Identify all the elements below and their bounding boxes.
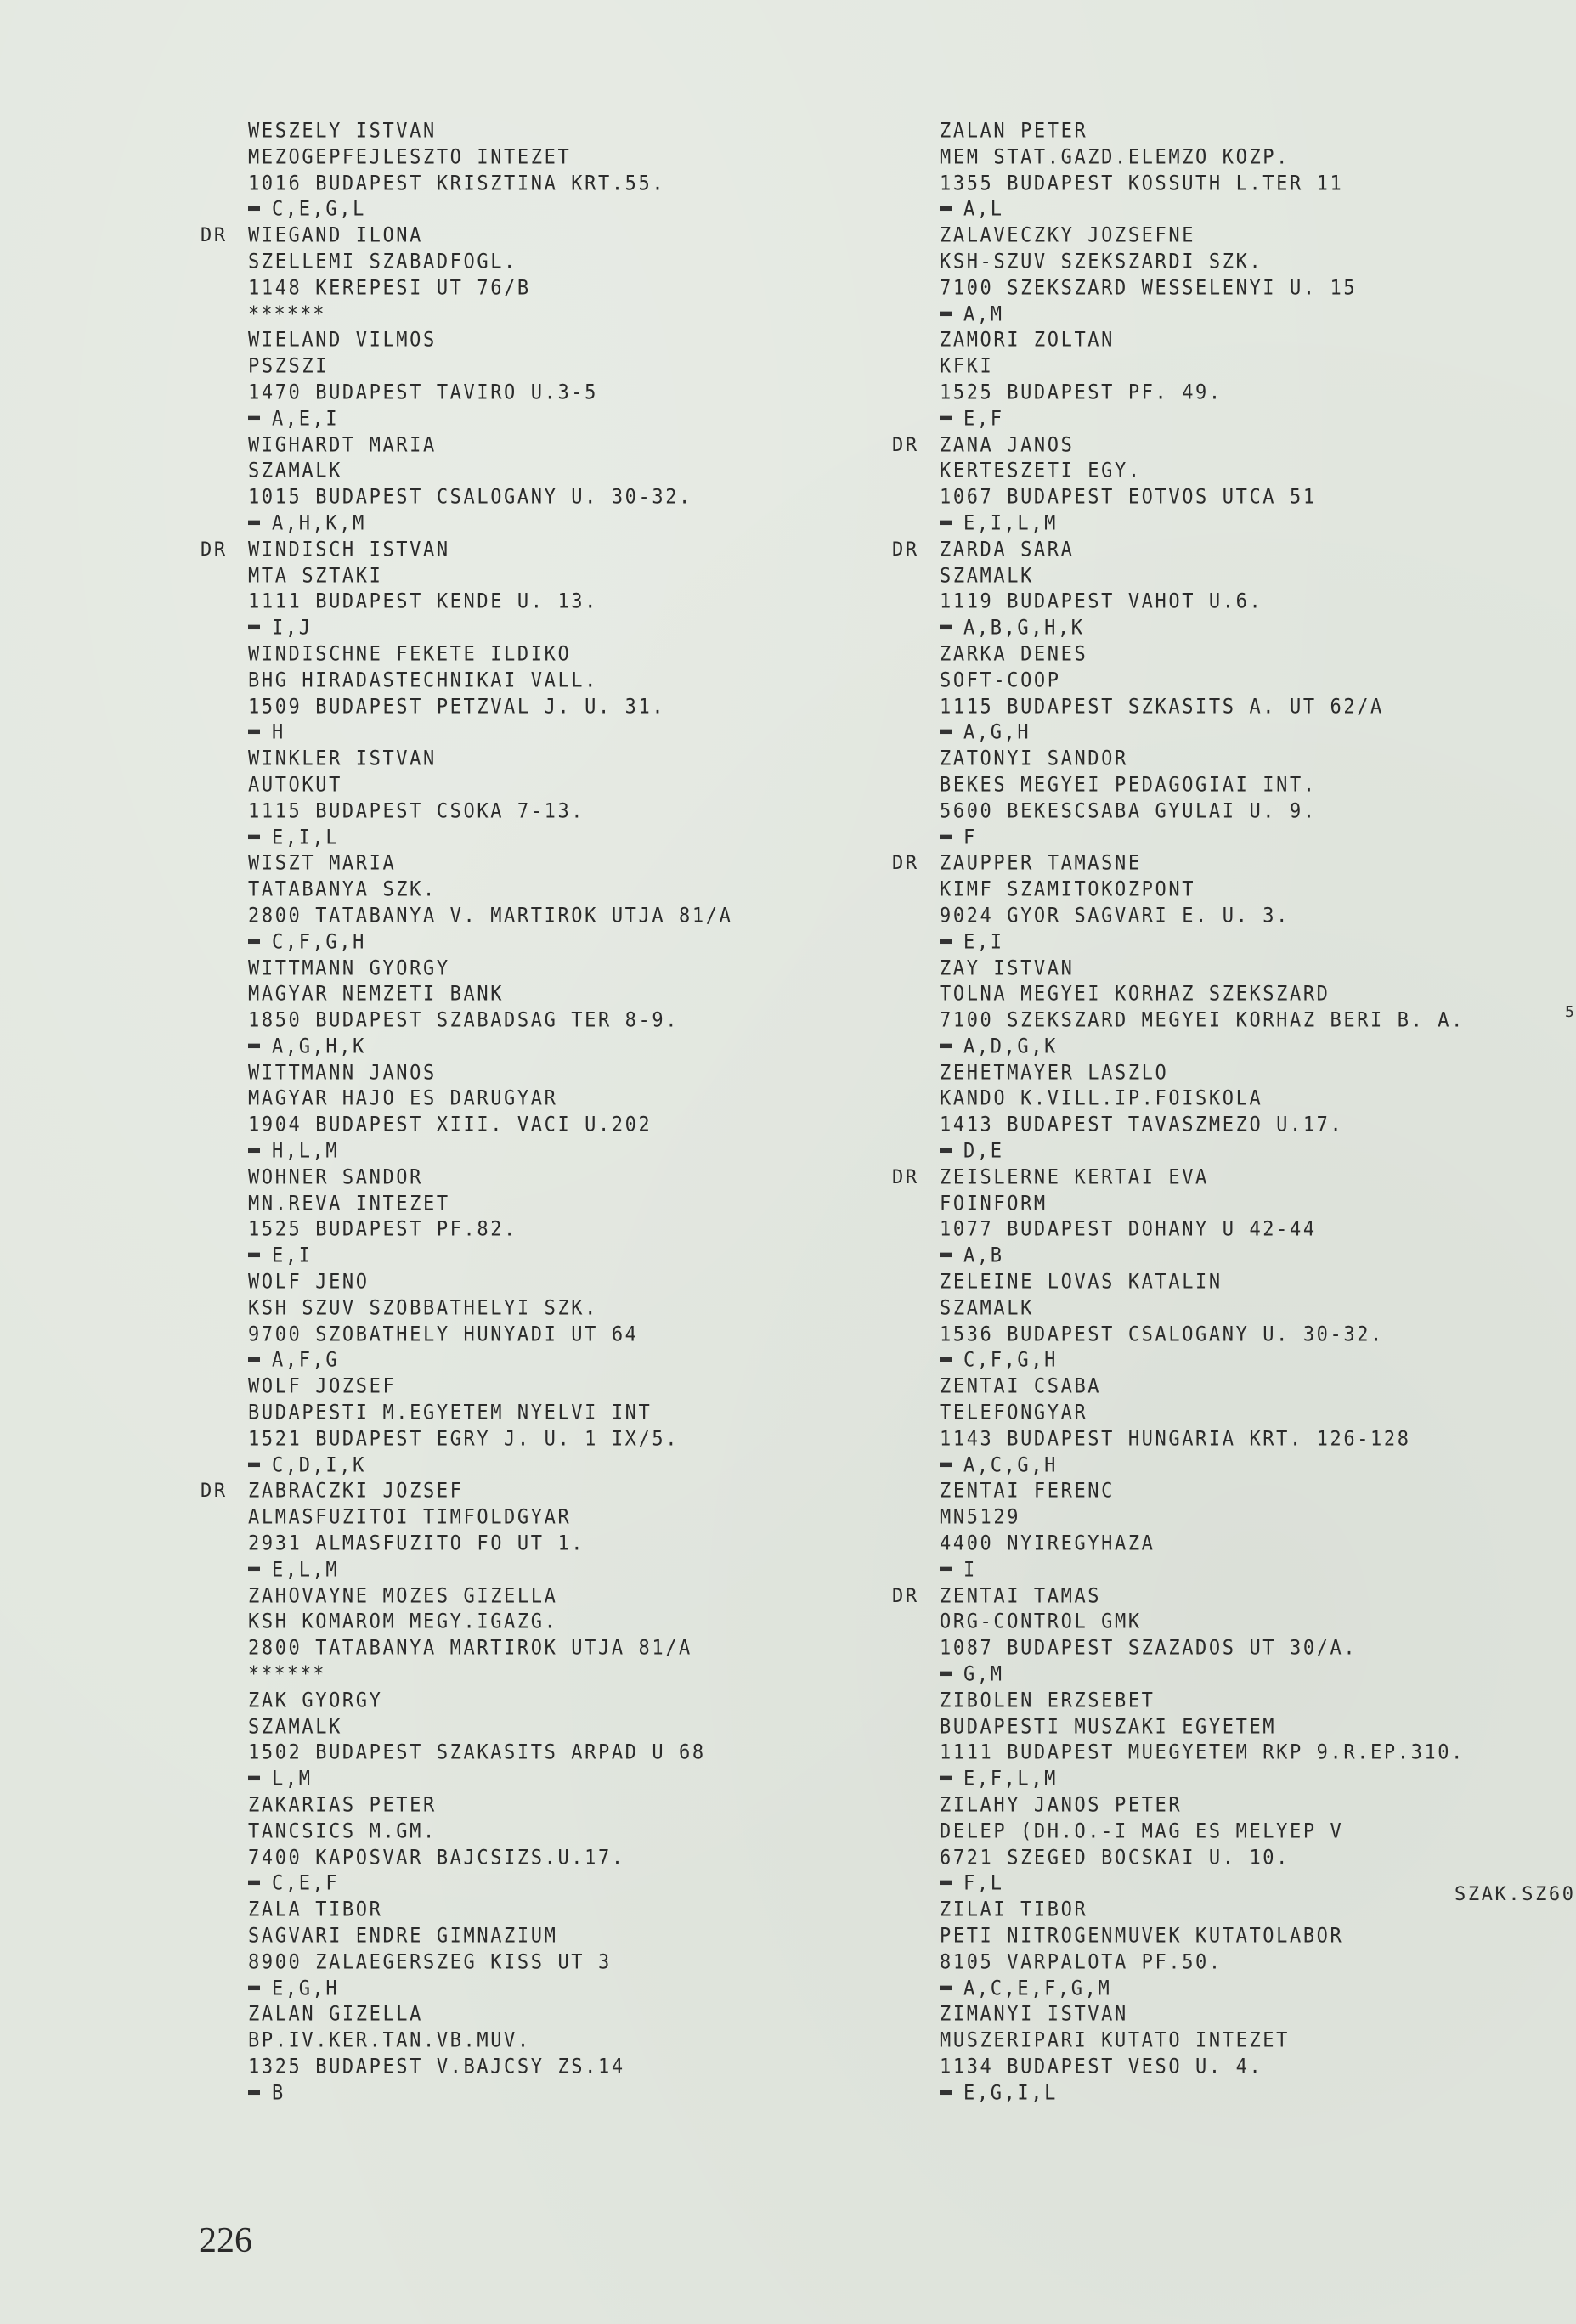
dash-marker-icon <box>248 1462 260 1466</box>
directory-entry: ZALA TIBOR SAGVARI ENDRE GIMNAZIUM 8900 … <box>248 1898 732 2002</box>
codes-text: A,G,H <box>963 721 1031 744</box>
person-name: ZENTAI CSABA <box>940 1374 1465 1402</box>
organization: KFKI <box>940 353 1465 381</box>
interest-codes: A,E,I <box>248 406 732 434</box>
codes-text: E,F,L,M <box>963 1768 1058 1791</box>
address: 1077 BUDAPEST DOHANY U 42-44 <box>940 1216 1465 1244</box>
interest-codes: F <box>940 824 1465 852</box>
person-name: ZELEINE LOVAS KATALIN <box>940 1269 1465 1297</box>
organization: FOINFORM <box>940 1190 1465 1218</box>
address: 1509 BUDAPEST PETZVAL J. U. 31. <box>248 693 732 721</box>
dash-marker-icon <box>940 1253 952 1257</box>
interest-codes: A,M <box>940 301 1465 329</box>
interest-codes: F,L <box>940 1870 1465 1898</box>
directory-entry: WIELAND VILMOS PSZSZI 1470 BUDAPEST TAVI… <box>248 328 732 432</box>
organization: PETI NITROGENMUVEK KUTATOLABOR <box>940 1923 1465 1951</box>
directory-entry: WOLF JENO KSH SZUV SZOBBATHELYI SZK. 970… <box>248 1270 732 1374</box>
interest-codes: A,G,H <box>940 719 1465 747</box>
person-name: ZEISLERNE KERTAI EVA <box>940 1165 1465 1193</box>
organization: BEKES MEGYEI PEDAGOGIAI INT. <box>940 772 1465 800</box>
person-name: ZILAI TIBOR <box>940 1897 1465 1925</box>
organization: MUSZERIPARI KUTATO INTEZET <box>940 2028 1465 2056</box>
organization: MEZOGEPFEJLESZTO INTEZET <box>248 144 732 172</box>
codes-text: E,F <box>963 408 1004 431</box>
directory-entry: DR ZARDA SARA SZAMALK 1119 BUDAPEST VAHO… <box>940 538 1465 642</box>
dash-marker-icon <box>248 939 260 943</box>
codes-text: I <box>963 1559 977 1582</box>
address: 5600 BEKESCSABA GYULAI U. 9. <box>940 798 1465 826</box>
address: 1470 BUDAPEST TAVIRO U.3-5 <box>248 380 732 408</box>
dash-marker-icon <box>940 1776 952 1780</box>
address: 4400 NYIREGYHAZA <box>940 1531 1465 1559</box>
dash-marker-icon <box>248 1357 260 1362</box>
codes-text: F <box>963 826 977 849</box>
organization: KSH KOMAROM MEGY.IGAZG. <box>248 1609 732 1637</box>
side-mark: 5 <box>1565 1003 1574 1021</box>
directory-entry: DR ZAUPPER TAMASNE KIMF SZAMITOKOZPONT 9… <box>940 851 1465 956</box>
dash-marker-icon <box>940 625 952 629</box>
address: 1143 BUDAPEST HUNGARIA KRT. 126-128 <box>940 1426 1465 1454</box>
interest-codes: A,B <box>940 1243 1465 1271</box>
address: 1119 BUDAPEST VAHOT U.6. <box>940 589 1465 617</box>
directory-entry: ZILAHY JANOS PETER DELEP (DH.O.-I MAG ES… <box>940 1793 1465 1898</box>
directory-entry: WINKLER ISTVAN AUTOKUT 1115 BUDAPEST CSO… <box>248 747 732 851</box>
codes-text: C,E,F <box>272 1872 339 1895</box>
organization: ALMASFUZITOI TIMFOLDGYAR <box>248 1504 732 1532</box>
codes-text: A,B <box>963 1244 1004 1267</box>
address: 1536 BUDAPEST CSALOGANY U. 30-32. <box>940 1321 1465 1349</box>
directory-entry: ZENTAI FERENC MN5129 4400 NYIREGYHAZA I <box>940 1479 1465 1583</box>
person-name: WITTMANN GYORGY <box>248 955 732 983</box>
dash-marker-icon <box>248 1776 260 1780</box>
codes-text: E,I <box>963 931 1004 954</box>
person-name: WESZELY ISTVAN <box>248 118 732 146</box>
person-name: ZALAN PETER <box>940 118 1465 146</box>
address: 1134 BUDAPEST VESO U. 4. <box>940 2054 1465 2082</box>
dash-marker-icon <box>940 1881 952 1885</box>
address: 1115 BUDAPEST CSOKA 7-13. <box>248 798 732 826</box>
address: 2931 ALMASFUZITO FO UT 1. <box>248 1531 732 1559</box>
address: 1413 BUDAPEST TAVASZMEZO U.17. <box>940 1112 1465 1140</box>
interest-codes: E,I <box>940 928 1465 956</box>
organization: TATABANYA SZK. <box>248 877 732 905</box>
organization: MTA SZTAKI <box>248 562 732 590</box>
right-column: ZALAN PETER MEM STAT.GAZD.ELEMZO KOZP. 1… <box>940 119 1465 2107</box>
address: 1904 BUDAPEST XIII. VACI U.202 <box>248 1112 732 1140</box>
interest-codes: A,L <box>940 196 1465 224</box>
directory-entry: WINDISCHNE FEKETE ILDIKO BHG HIRADASTECH… <box>248 642 732 747</box>
directory-entry: ZELEINE LOVAS KATALIN SZAMALK 1536 BUDAP… <box>940 1270 1465 1374</box>
dash-marker-icon <box>940 1357 952 1362</box>
person-name: WINDISCHNE FEKETE ILDIKO <box>248 641 732 669</box>
interest-codes: E,I,L,M <box>940 510 1465 539</box>
organization: MN.REVA INTEZET <box>248 1190 732 1218</box>
directory-entry: ZENTAI CSABA TELEFONGYAR 1143 BUDAPEST H… <box>940 1374 1465 1479</box>
title-prefix: DR <box>892 1584 919 1610</box>
person-name: WOLF JENO <box>248 1269 732 1297</box>
title-prefix: DR <box>892 538 919 564</box>
interest-codes: ****** <box>248 1661 732 1689</box>
interest-codes: A,D,G,K <box>940 1034 1465 1062</box>
dash-marker-icon <box>248 415 260 420</box>
address: 1325 BUDAPEST V.BAJCSY ZS.14 <box>248 2054 732 2082</box>
dash-marker-icon <box>940 834 952 838</box>
dash-marker-icon <box>248 1253 260 1257</box>
person-name: ZAMORI ZOLTAN <box>940 327 1465 355</box>
codes-text: A,G,H,K <box>272 1035 366 1058</box>
interest-codes: G,M <box>940 1661 1465 1689</box>
organization: KSH SZUV SZOBBATHELYI SZK. <box>248 1295 732 1323</box>
person-name: WISZT MARIA <box>248 850 732 878</box>
organization: MEM STAT.GAZD.ELEMZO KOZP. <box>940 144 1465 172</box>
codes-text: A,F,G <box>272 1349 339 1372</box>
dash-marker-icon <box>940 1148 952 1153</box>
dash-marker-icon <box>940 939 952 943</box>
dash-marker-icon <box>248 1566 260 1571</box>
person-name: ZAUPPER TAMASNE <box>940 850 1465 878</box>
address: 1111 BUDAPEST MUEGYETEM RKP 9.R.EP.310. <box>940 1740 1465 1768</box>
organization: PSZSZI <box>248 353 732 381</box>
interest-codes: A,G,H,K <box>248 1034 732 1062</box>
title-prefix: DR <box>892 1165 919 1192</box>
address: 2800 TATABANYA V. MARTIROK UTJA 81/A <box>248 903 732 931</box>
person-name: ZABRACZKI JOZSEF <box>248 1478 732 1506</box>
directory-entry: WISZT MARIA TATABANYA SZK. 2800 TATABANY… <box>248 851 732 956</box>
codes-text: A,D,G,K <box>963 1035 1058 1058</box>
dash-marker-icon <box>248 1881 260 1885</box>
directory-page: WESZELY ISTVAN MEZOGEPFEJLESZTO INTEZET … <box>0 0 1576 2324</box>
person-name: ZENTAI TAMAS <box>940 1582 1465 1610</box>
dash-marker-icon <box>248 730 260 734</box>
dash-marker-icon <box>248 1985 260 1989</box>
codes-text: H <box>272 721 285 744</box>
organization: KANDO K.VILL.IP.FOISKOLA <box>940 1086 1465 1114</box>
directory-entry: ZAMORI ZOLTAN KFKI 1525 BUDAPEST PF. 49.… <box>940 328 1465 432</box>
organization: BUDAPESTI M.EGYETEM NYELVI INT <box>248 1400 732 1428</box>
person-name: ZAHOVAYNE MOZES GIZELLA <box>248 1582 732 1610</box>
dash-marker-icon <box>248 206 260 211</box>
person-name: ZALAN GIZELLA <box>248 2001 732 2029</box>
dash-marker-icon <box>940 311 952 315</box>
directory-entry: WOHNER SANDOR MN.REVA INTEZET 1525 BUDAP… <box>248 1165 732 1270</box>
dash-marker-icon <box>940 521 952 525</box>
organization: TELEFONGYAR <box>940 1400 1465 1428</box>
codes-text: G,M <box>963 1663 1004 1686</box>
dash-marker-icon <box>248 1148 260 1153</box>
interest-codes: A,H,K,M <box>248 510 732 539</box>
dash-marker-icon <box>940 206 952 211</box>
interest-codes: E,G,H <box>248 1975 732 2003</box>
title-prefix: DR <box>892 851 919 877</box>
directory-entry: ZILAI TIBOR PETI NITROGENMUVEK KUTATOLAB… <box>940 1898 1465 2002</box>
organization: SZAMALK <box>940 1295 1465 1323</box>
codes-text: E,G,I,L <box>963 2082 1058 2105</box>
codes-text: E,I,L,M <box>963 512 1058 535</box>
address: 1850 BUDAPEST SZABADSAG TER 8-9. <box>248 1007 732 1035</box>
interest-codes: H <box>248 719 732 747</box>
interest-codes: E,F,L,M <box>940 1766 1465 1794</box>
address: 8105 VARPALOTA PF.50. <box>940 1949 1465 1977</box>
codes-text: E,G,H <box>272 1977 339 2000</box>
organization: SOFT-COOP <box>940 668 1465 696</box>
codes-text: L,M <box>272 1768 313 1791</box>
organization: SZAMALK <box>248 458 732 486</box>
organization: SZAMALK <box>940 562 1465 590</box>
organization: KERTESZETI EGY. <box>940 458 1465 486</box>
address: 1502 BUDAPEST SZAKASITS ARPAD U 68 <box>248 1740 732 1768</box>
codes-text: D,E <box>963 1140 1004 1163</box>
dash-marker-icon <box>248 1044 260 1048</box>
codes-text: H,L,M <box>272 1140 339 1163</box>
person-name: ZANA JANOS <box>940 432 1465 460</box>
person-name: WIEGAND ILONA <box>248 223 732 251</box>
dash-marker-icon <box>940 1985 952 1989</box>
address: 1111 BUDAPEST KENDE U. 13. <box>248 589 732 617</box>
directory-entry: ZALAN GIZELLA BP.IV.KER.TAN.VB.MUV. 1325… <box>248 2002 732 2107</box>
directory-entry: ZEHETMAYER LASZLO KANDO K.VILL.IP.FOISKO… <box>940 1061 1465 1165</box>
organization: MAGYAR NEMZETI BANK <box>248 981 732 1009</box>
interest-codes: C,D,I,K <box>248 1452 732 1480</box>
address: 8900 ZALAEGERSZEG KISS UT 3 <box>248 1949 732 1977</box>
interest-codes: C,F,G,H <box>940 1347 1465 1375</box>
organization: KIMF SZAMITOKOZPONT <box>940 877 1465 905</box>
directory-entry: ZAK GYORGY SZAMALK 1502 BUDAPEST SZAKASI… <box>248 1689 732 1793</box>
dash-marker-icon <box>248 625 260 629</box>
directory-entry: DR WINDISCH ISTVAN MTA SZTAKI 1111 BUDAP… <box>248 538 732 642</box>
directory-entry: ZALAN PETER MEM STAT.GAZD.ELEMZO KOZP. 1… <box>940 119 1465 223</box>
codes-text: E,L,M <box>272 1559 339 1582</box>
address: 1016 BUDAPEST KRISZTINA KRT.55. <box>248 170 732 198</box>
interest-codes: A,C,G,H <box>940 1452 1465 1480</box>
codes-text: A,B,G,H,K <box>963 617 1085 640</box>
directory-entry: WITTMANN GYORGY MAGYAR NEMZETI BANK 1850… <box>248 956 732 1061</box>
interest-codes: E,F <box>940 406 1465 434</box>
directory-entry: ZAKARIAS PETER TANCSICS M.GM. 7400 KAPOS… <box>248 1793 732 1898</box>
codes-text: C,F,G,H <box>963 1349 1058 1372</box>
codes-text: A,H,K,M <box>272 512 366 535</box>
directory-entry: DR ZENTAI TAMAS ORG-CONTROL GMK 1087 BUD… <box>940 1584 1465 1689</box>
dash-marker-icon <box>940 1462 952 1466</box>
person-name: ZARKA DENES <box>940 641 1465 669</box>
organization: TANCSICS M.GM. <box>248 1819 732 1847</box>
codes-text: A,C,E,F,G,M <box>963 1977 1111 2000</box>
directory-entry: WOLF JOZSEF BUDAPESTI M.EGYETEM NYELVI I… <box>248 1374 732 1479</box>
address: 1115 BUDAPEST SZKASITS A. UT 62/A <box>940 693 1465 721</box>
address: 7100 SZEKSZARD MEGYEI KORHAZ BERI B. A. <box>940 1007 1465 1035</box>
interest-codes: C,F,G,H <box>248 928 732 956</box>
address: 1148 KEREPESI UT 76/B <box>248 275 732 303</box>
left-column: WESZELY ISTVAN MEZOGEPFEJLESZTO INTEZET … <box>248 119 732 2107</box>
person-name: ZEHETMAYER LASZLO <box>940 1059 1465 1087</box>
directory-entry: ZARKA DENES SOFT-COOP 1115 BUDAPEST SZKA… <box>940 642 1465 747</box>
codes-text: F,L <box>963 1872 1004 1895</box>
person-name: WINDISCH ISTVAN <box>248 537 732 565</box>
directory-entry: ZIMANYI ISTVAN MUSZERIPARI KUTATO INTEZE… <box>940 2002 1465 2107</box>
codes-text: A,C,G,H <box>963 1454 1058 1477</box>
title-prefix: DR <box>201 1479 228 1505</box>
codes-text: ****** <box>248 1663 325 1686</box>
directory-entry: ZAY ISTVAN TOLNA MEGYEI KORHAZ SZEKSZARD… <box>940 956 1465 1061</box>
person-name: WITTMANN JANOS <box>248 1059 732 1087</box>
directory-entry: DR ZABRACZKI JOZSEF ALMASFUZITOI TIMFOLD… <box>248 1479 732 1583</box>
interest-codes: E,I,L <box>248 824 732 852</box>
person-name: ZALAVECZKY JOZSEFNE <box>940 223 1465 251</box>
organization: BUDAPESTI MUSZAKI EGYETEM <box>940 1713 1465 1741</box>
margin-note: SZAK.SZ60 <box>1455 1884 1576 1905</box>
organization: MAGYAR HAJO ES DARUGYAR <box>248 1086 732 1114</box>
organization: MN5129 <box>940 1504 1465 1532</box>
person-name: ZAKARIAS PETER <box>248 1792 732 1820</box>
address: 1355 BUDAPEST KOSSUTH L.TER 11 <box>940 170 1465 198</box>
person-name: WOHNER SANDOR <box>248 1165 732 1193</box>
codes-text: B <box>272 2082 285 2105</box>
interest-codes: E,G,I,L <box>940 2080 1465 2108</box>
person-name: ZATONYI SANDOR <box>940 746 1465 774</box>
codes-text: C,E,G,L <box>272 198 366 221</box>
interest-codes: C,E,G,L <box>248 196 732 224</box>
codes-text: A,E,I <box>272 408 339 431</box>
address: 1015 BUDAPEST CSALOGANY U. 30-32. <box>248 484 732 512</box>
person-name: ZILAHY JANOS PETER <box>940 1792 1465 1820</box>
dash-marker-icon <box>248 521 260 525</box>
person-name: WIGHARDT MARIA <box>248 432 732 460</box>
interest-codes: A,F,G <box>248 1347 732 1375</box>
address: 2800 TATABANYA MARTIROK UTJA 81/A <box>248 1635 732 1663</box>
address: 7400 KAPOSVAR BAJCSIZS.U.17. <box>248 1844 732 1872</box>
address: 1525 BUDAPEST PF. 49. <box>940 380 1465 408</box>
organization: TOLNA MEGYEI KORHAZ SZEKSZARD <box>940 981 1465 1009</box>
organization: ORG-CONTROL GMK <box>940 1609 1465 1637</box>
person-name: ZIBOLEN ERZSEBET <box>940 1688 1465 1716</box>
address: 1521 BUDAPEST EGRY J. U. 1 IX/5. <box>248 1426 732 1454</box>
directory-entry: WESZELY ISTVAN MEZOGEPFEJLESZTO INTEZET … <box>248 119 732 223</box>
organization: SZELLEMI SZABADFOGL. <box>248 249 732 277</box>
codes-text: ****** <box>248 303 325 326</box>
person-name: WIELAND VILMOS <box>248 327 732 355</box>
interest-codes: ****** <box>248 301 732 329</box>
person-name: ZIMANYI ISTVAN <box>940 2001 1465 2029</box>
address: 1087 BUDAPEST SZAZADOS UT 30/A. <box>940 1635 1465 1663</box>
organization: SAGVARI ENDRE GIMNAZIUM <box>248 1923 732 1951</box>
person-name: ZALA TIBOR <box>248 1897 732 1925</box>
dash-marker-icon <box>248 2090 260 2094</box>
interest-codes: B <box>248 2080 732 2108</box>
codes-text: A,L <box>963 198 1004 221</box>
person-name: ZAY ISTVAN <box>940 955 1465 983</box>
page-number: 226 <box>199 2220 252 2261</box>
directory-entry: ZALAVECZKY JOZSEFNE KSH-SZUV SZEKSZARDI … <box>940 223 1465 328</box>
interest-codes: A,B,G,H,K <box>940 615 1465 643</box>
person-name: WINKLER ISTVAN <box>248 746 732 774</box>
dash-marker-icon <box>248 834 260 838</box>
title-prefix: DR <box>892 433 919 460</box>
codes-text: A,M <box>963 303 1004 326</box>
interest-codes: E,I <box>248 1243 732 1271</box>
title-prefix: DR <box>201 538 228 564</box>
dash-marker-icon <box>940 1566 952 1571</box>
directory-entry: ZATONYI SANDOR BEKES MEGYEI PEDAGOGIAI I… <box>940 747 1465 851</box>
dash-marker-icon <box>940 2090 952 2094</box>
address: 1525 BUDAPEST PF.82. <box>248 1216 732 1244</box>
organization: BHG HIRADASTECHNIKAI VALL. <box>248 668 732 696</box>
codes-text: I,J <box>272 617 313 640</box>
address: 9024 GYOR SAGVARI E. U. 3. <box>940 903 1465 931</box>
codes-text: E,I,L <box>272 826 339 849</box>
dash-marker-icon <box>940 1672 952 1676</box>
person-name: ZAK GYORGY <box>248 1688 732 1716</box>
dash-marker-icon <box>940 730 952 734</box>
directory-entry: ZAHOVAYNE MOZES GIZELLA KSH KOMAROM MEGY… <box>248 1584 732 1689</box>
interest-codes: E,L,M <box>248 1557 732 1585</box>
address: 7100 SZEKSZARD WESSELENYI U. 15 <box>940 275 1465 303</box>
organization: KSH-SZUV SZEKSZARDI SZK. <box>940 249 1465 277</box>
organization: BP.IV.KER.TAN.VB.MUV. <box>248 2028 732 2056</box>
organization: AUTOKUT <box>248 772 732 800</box>
person-name: ZENTAI FERENC <box>940 1478 1465 1506</box>
directory-entry: ZIBOLEN ERZSEBET BUDAPESTI MUSZAKI EGYET… <box>940 1689 1465 1793</box>
directory-entry: WITTMANN JANOS MAGYAR HAJO ES DARUGYAR 1… <box>248 1061 732 1165</box>
address: 1067 BUDAPEST EOTVOS UTCA 51 <box>940 484 1465 512</box>
directory-entry: DR WIEGAND ILONA SZELLEMI SZABADFOGL. 11… <box>248 223 732 328</box>
person-name: WOLF JOZSEF <box>248 1374 732 1402</box>
organization: DELEP (DH.O.-I MAG ES MELYEP V <box>940 1819 1465 1847</box>
interest-codes: I <box>940 1557 1465 1585</box>
codes-text: C,D,I,K <box>272 1454 366 1477</box>
interest-codes: D,E <box>940 1138 1465 1166</box>
address: 9700 SZOBATHELY HUNYADI UT 64 <box>248 1321 732 1349</box>
dash-marker-icon <box>940 1044 952 1048</box>
interest-codes: A,C,E,F,G,M <box>940 1975 1465 2003</box>
interest-codes: L,M <box>248 1766 732 1794</box>
address: 6721 SZEGED BOCSKAI U. 10. <box>940 1844 1465 1872</box>
person-name: ZARDA SARA <box>940 537 1465 565</box>
interest-codes: C,E,F <box>248 1870 732 1898</box>
directory-entry: WIGHARDT MARIA SZAMALK 1015 BUDAPEST CSA… <box>248 433 732 538</box>
dash-marker-icon <box>940 415 952 420</box>
organization: SZAMALK <box>248 1713 732 1741</box>
codes-text: E,I <box>272 1244 313 1267</box>
interest-codes: H,L,M <box>248 1138 732 1166</box>
directory-entry: DR ZEISLERNE KERTAI EVA FOINFORM 1077 BU… <box>940 1165 1465 1270</box>
directory-entry: DR ZANA JANOS KERTESZETI EGY. 1067 BUDAP… <box>940 433 1465 538</box>
interest-codes: I,J <box>248 615 732 643</box>
codes-text: C,F,G,H <box>272 931 366 954</box>
title-prefix: DR <box>201 223 228 250</box>
